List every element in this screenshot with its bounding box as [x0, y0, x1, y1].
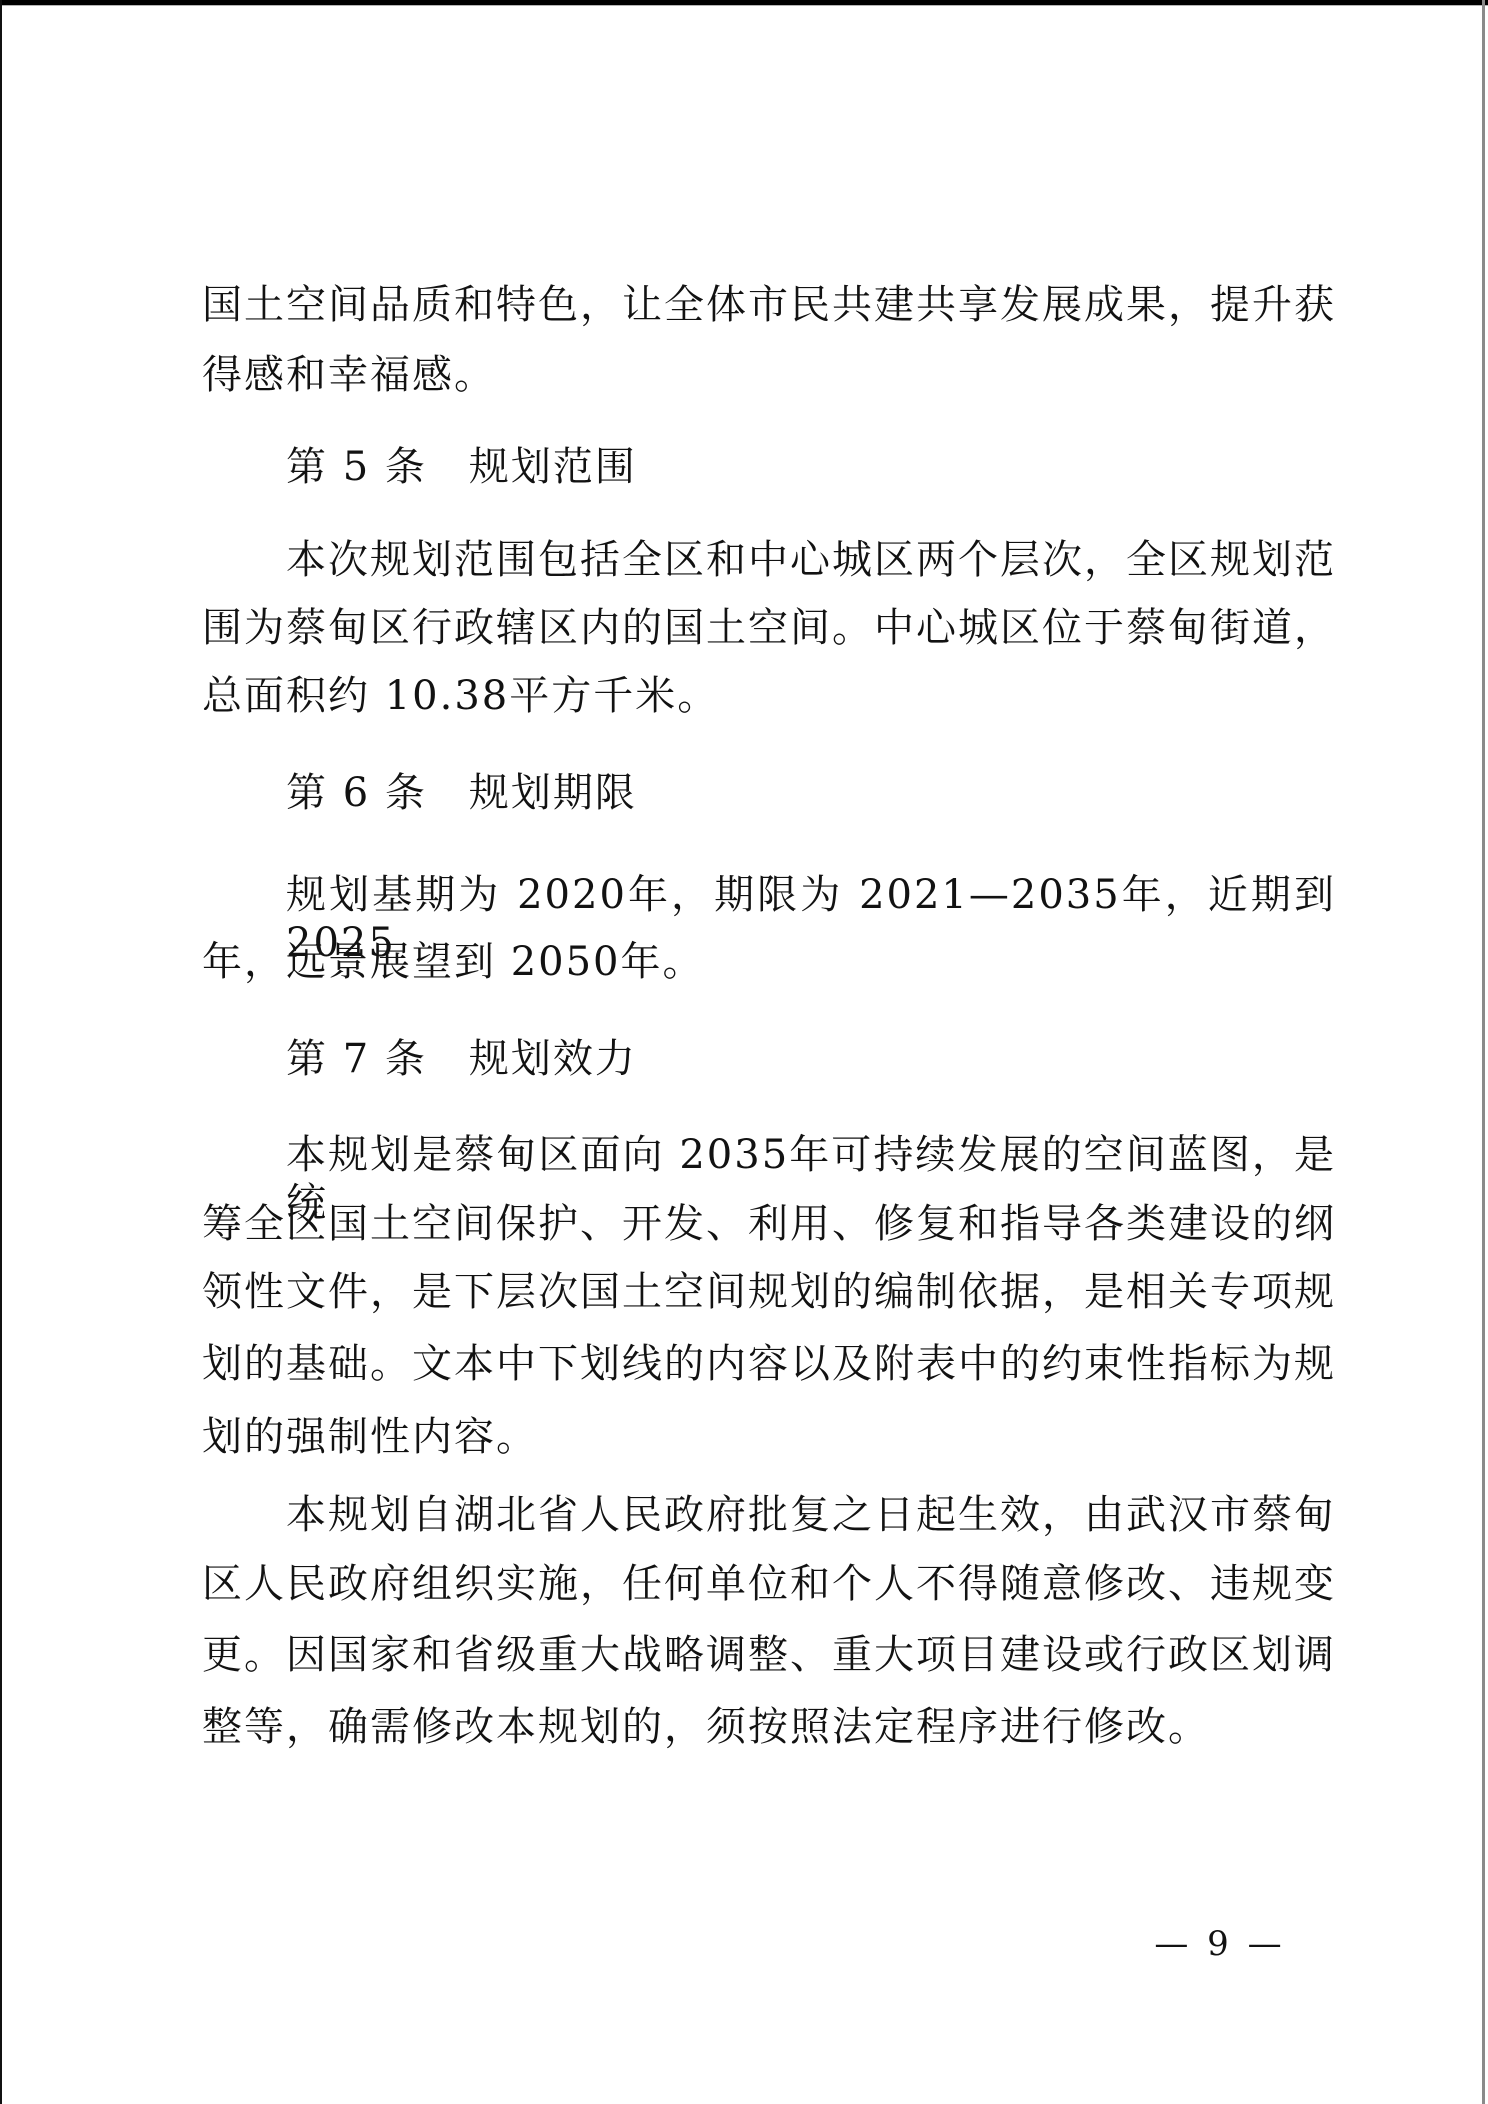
text-line: 筹全区国土空间保护、开发、利用、修复和指导各类建设的纲 [202, 1200, 1336, 1252]
article-5-heading: 第 5 条 规划范围 [202, 443, 1336, 495]
text-line: 得感和幸福感。 [202, 351, 1336, 403]
text-line: 本规划是蔡甸区面向 2035年可持续发展的空间蓝图，是统 [202, 1131, 1336, 1183]
text-line: 国土空间品质和特色，让全体市民共建共享发展成果，提升获 [202, 281, 1336, 333]
scan-edge-top [0, 0, 1488, 6]
text-line: 区人民政府组织实施，任何单位和个人不得随意修改、违规变 [202, 1560, 1336, 1612]
text-line: 整等，确需修改本规划的，须按照法定程序进行修改。 [202, 1703, 1336, 1755]
text-line: 总面积约 10.38平方千米。 [202, 672, 1336, 724]
document-page: 国土空间品质和特色，让全体市民共建共享发展成果，提升获 得感和幸福感。 第 5 … [0, 0, 1488, 2104]
text-line: 规划基期为 2020年，期限为 2021—2035年，近期到 2025 [202, 871, 1336, 923]
text-line: 领性文件，是下层次国土空间规划的编制依据，是相关专项规 [202, 1268, 1336, 1320]
article-6-heading: 第 6 条 规划期限 [202, 769, 1336, 821]
text-line: 划的基础。文本中下划线的内容以及附表中的约束性指标为规 [202, 1340, 1336, 1392]
text-line: 本规划自湖北省人民政府批复之日起生效，由武汉市蔡甸 [202, 1491, 1336, 1543]
scan-edge-right [1482, 0, 1485, 2104]
text-line: 围为蔡甸区行政辖区内的国土空间。中心城区位于蔡甸街道， [202, 604, 1336, 656]
scan-edge-left [0, 0, 2, 2104]
text-line: 本次规划范围包括全区和中心城区两个层次，全区规划范 [202, 536, 1336, 588]
text-line: 年，远景展望到 2050年。 [202, 938, 1336, 990]
text-line: 划的强制性内容。 [202, 1413, 1336, 1465]
text-line: 更。因国家和省级重大战略调整、重大项目建设或行政区划调 [202, 1631, 1336, 1683]
article-7-heading: 第 7 条 规划效力 [202, 1035, 1336, 1087]
page-number: — 9 — [1140, 1922, 1300, 1966]
